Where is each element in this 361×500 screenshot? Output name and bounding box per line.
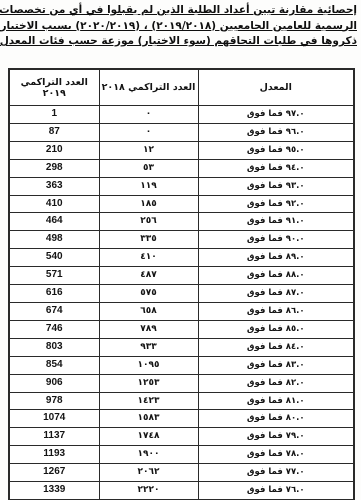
gpa-cell: ٩٤.٠ فما فوق: [198, 159, 354, 177]
count-2018-cell: ٤٨٧: [99, 267, 198, 285]
count-2018-cell: ٠: [99, 106, 198, 124]
count-2019-cell: 1339: [9, 482, 99, 500]
gpa-cell: ٧٦.٠ فما فوق: [198, 482, 354, 500]
count-2019-cell: 906: [9, 374, 99, 392]
table-row: ٨٧.٠ فما فوق٥٧٥616: [9, 285, 354, 303]
count-2018-cell: ٢٢٢٠: [99, 482, 198, 500]
gpa-cell: ٧٩.٠ فما فوق: [198, 428, 354, 446]
title-line-1: إحصائية مقارنة تبين أعداد الطلبة الذين ل…: [4, 3, 357, 19]
count-2019-cell: 746: [9, 320, 99, 338]
count-2019-cell: 674: [9, 302, 99, 320]
gpa-cell: ٩٠.٠ فما فوق: [198, 231, 354, 249]
table-row: ٧٩.٠ فما فوق١٧٤٨1137: [9, 428, 354, 446]
gpa-cell: ٨٨.٠ فما فوق: [198, 267, 354, 285]
table-row: ٩٠.٠ فما فوق٣٣٥498: [9, 231, 354, 249]
count-2019-cell: 803: [9, 338, 99, 356]
gpa-cell: ٨٩.٠ فما فوق: [198, 249, 354, 267]
count-2018-cell: ٤١٠: [99, 249, 198, 267]
document-title: إحصائية مقارنة تبين أعداد الطلبة الذين ل…: [0, 0, 361, 50]
gpa-statistics-table: المعدل العدد التراكمي ٢٠١٨ العدد التراكم…: [8, 68, 355, 500]
title-line-2: الرسمية للعامين الجامعيين (٢٠١٩/٢٠١٨) ، …: [4, 19, 357, 35]
table-row: ٩٦.٠ فما فوق٠87: [9, 123, 354, 141]
header-count-2019: العدد التراكمي ٢٠١٩: [9, 69, 99, 106]
count-2018-cell: ٥٧٥: [99, 285, 198, 303]
count-2019-cell: 1137: [9, 428, 99, 446]
table-row: ٨٥.٠ فما فوق٧٨٩746: [9, 320, 354, 338]
table-row: ٩١.٠ فما فوق٢٥٦464: [9, 213, 354, 231]
table-row: ٩٢.٠ فما فوق١٨٥410: [9, 195, 354, 213]
table-row: ٨٦.٠ فما فوق٦٥٨674: [9, 302, 354, 320]
count-2019-cell: 1193: [9, 446, 99, 464]
count-2019-cell: 1267: [9, 464, 99, 482]
table-row: ٩٥.٠ فما فوق١٢210: [9, 141, 354, 159]
gpa-cell: ٨٦.٠ فما فوق: [198, 302, 354, 320]
count-2018-cell: ٧٨٩: [99, 320, 198, 338]
table-row: ٩٧.٠ فما فوق٠1: [9, 106, 354, 124]
count-2018-cell: ٢٥٦: [99, 213, 198, 231]
title-line-3: ذكروها في طلبات التحاقهم (سوء الاختيار) …: [4, 34, 357, 50]
table-row: ٨٩.٠ فما فوق٤١٠540: [9, 249, 354, 267]
count-2019-cell: 498: [9, 231, 99, 249]
scanned-document-page: إحصائية مقارنة تبين أعداد الطلبة الذين ل…: [0, 0, 361, 500]
table-row: ٩٣.٠ فما فوق١١٩363: [9, 177, 354, 195]
table-row: ٩٤.٠ فما فوق٥٣298: [9, 159, 354, 177]
count-2019-cell: 1: [9, 106, 99, 124]
count-2019-cell: 298: [9, 159, 99, 177]
count-2019-cell: 1074: [9, 410, 99, 428]
count-2018-cell: ٣٣٥: [99, 231, 198, 249]
table-row: ٧٨.٠ فما فوق١٩٠٠1193: [9, 446, 354, 464]
count-2018-cell: ١٤٢٣: [99, 392, 198, 410]
gpa-cell: ٨٥.٠ فما فوق: [198, 320, 354, 338]
gpa-cell: ٨٣.٠ فما فوق: [198, 356, 354, 374]
header-count-2018: العدد التراكمي ٢٠١٨: [99, 69, 198, 106]
gpa-cell: ٩١.٠ فما فوق: [198, 213, 354, 231]
table-row: ٨١.٠ فما فوق١٤٢٣978: [9, 392, 354, 410]
count-2018-cell: ٢٠٦٢: [99, 464, 198, 482]
gpa-cell: ٨٤.٠ فما فوق: [198, 338, 354, 356]
gpa-cell: ٧٨.٠ فما فوق: [198, 446, 354, 464]
count-2019-cell: 363: [9, 177, 99, 195]
count-2018-cell: ١٨٥: [99, 195, 198, 213]
count-2018-cell: ١٧٤٨: [99, 428, 198, 446]
table-header-row: المعدل العدد التراكمي ٢٠١٨ العدد التراكم…: [9, 69, 354, 106]
table-row: ٨٤.٠ فما فوق٩٣٣803: [9, 338, 354, 356]
count-2018-cell: ٦٥٨: [99, 302, 198, 320]
count-2019-cell: 540: [9, 249, 99, 267]
count-2018-cell: ١١٩: [99, 177, 198, 195]
count-2019-cell: 210: [9, 141, 99, 159]
table-row: ٨٣.٠ فما فوق١٠٩٥854: [9, 356, 354, 374]
count-2019-cell: 854: [9, 356, 99, 374]
gpa-cell: ٨٠.٠ فما فوق: [198, 410, 354, 428]
count-2019-cell: 87: [9, 123, 99, 141]
table-row: ٨٨.٠ فما فوق٤٨٧571: [9, 267, 354, 285]
count-2018-cell: ١٥٨٣: [99, 410, 198, 428]
count-2018-cell: ١٩٠٠: [99, 446, 198, 464]
gpa-cell: ٩٥.٠ فما فوق: [198, 141, 354, 159]
count-2018-cell: ٩٣٣: [99, 338, 198, 356]
count-2018-cell: ١٢٥٣: [99, 374, 198, 392]
gpa-cell: ٧٧.٠ فما فوق: [198, 464, 354, 482]
header-gpa: المعدل: [198, 69, 354, 106]
gpa-cell: ٩٣.٠ فما فوق: [198, 177, 354, 195]
gpa-cell: ٨٢.٠ فما فوق: [198, 374, 354, 392]
count-2019-cell: 616: [9, 285, 99, 303]
gpa-cell: ٨١.٠ فما فوق: [198, 392, 354, 410]
table-row: ٧٦.٠ فما فوق٢٢٢٠1339: [9, 482, 354, 500]
gpa-cell: ٩٢.٠ فما فوق: [198, 195, 354, 213]
gpa-cell: ٩٧.٠ فما فوق: [198, 106, 354, 124]
gpa-cell: ٩٦.٠ فما فوق: [198, 123, 354, 141]
count-2018-cell: ١٠٩٥: [99, 356, 198, 374]
gpa-cell: ٨٧.٠ فما فوق: [198, 285, 354, 303]
count-2019-cell: 410: [9, 195, 99, 213]
count-2019-cell: 464: [9, 213, 99, 231]
count-2018-cell: ١٢: [99, 141, 198, 159]
table-row: ٨٢.٠ فما فوق١٢٥٣906: [9, 374, 354, 392]
count-2019-cell: 978: [9, 392, 99, 410]
table-row: ٨٠.٠ فما فوق١٥٨٣1074: [9, 410, 354, 428]
table-row: ٧٧.٠ فما فوق٢٠٦٢1267: [9, 464, 354, 482]
count-2018-cell: ٥٣: [99, 159, 198, 177]
count-2019-cell: 571: [9, 267, 99, 285]
count-2018-cell: ٠: [99, 123, 198, 141]
